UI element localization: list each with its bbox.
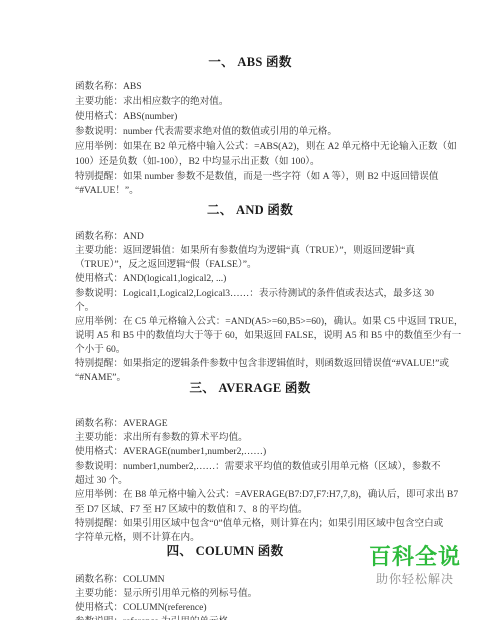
column-line-format: 使用格式：COLUMN(reference)	[75, 602, 207, 614]
average-line-example-1: 应用举例：在 B8 单元格中输入公式：=AVERAGE(B7:D7,F7:H7,…	[75, 489, 458, 501]
and-line-note-1: 特别提醒：如果指定的逻辑条件参数中包含非逻辑值时，则函数返回错误值“#VALUE…	[75, 358, 449, 370]
abs-line-example-1: 应用举例：如果在 B2 单元格中输入公式：=ABS(A2)，则在 A2 单元格中…	[75, 141, 457, 153]
column-line-name: 函数名称：COLUMN	[75, 574, 165, 586]
section-heading-and: 二、 AND 函数	[0, 200, 500, 218]
abs-line-note-2: “#VALUE！”。	[75, 185, 139, 197]
and-line-name: 函数名称：AND	[75, 231, 144, 243]
abs-line-format: 使用格式：ABS(number)	[75, 111, 177, 123]
and-line-example-1: 应用举例：在 C5 单元格输入公式：=AND(A5>=60,B5>=60)，确认…	[75, 316, 463, 328]
average-line-name: 函数名称：AVERAGE	[75, 418, 168, 430]
and-line-function-2: （TRUE）”，反之返回逻辑“假（FALSE）”。	[75, 259, 257, 271]
watermark-title: 百科全说	[340, 545, 490, 571]
and-line-example-3: 个小于 60。	[75, 344, 125, 356]
abs-line-example-2: 100）还是负数（如-100），B2 中均显示出正数（如 100）。	[75, 156, 320, 168]
document-page: 一、 ABS 函数 函数名称：ABS 主要功能：求出相应数字的绝对值。 使用格式…	[0, 0, 500, 620]
abs-line-function: 主要功能：求出相应数字的绝对值。	[75, 96, 229, 108]
and-line-format: 使用格式：AND(logical1,logical2, ...)	[75, 273, 226, 285]
and-line-params-1: 参数说明：Logical1,Logical2,Logical3……：表示待测试的…	[75, 288, 434, 300]
average-line-note-1: 特别提醒：如果引用区域中包含“0”值单元格，则计算在内；如果引用区域中包含空白或	[75, 518, 443, 530]
and-line-function-1: 主要功能：返回逻辑值：如果所有参数值均为逻辑“真（TRUE）”，则返回逻辑“真	[75, 245, 415, 257]
watermark-logo: 百科全说 助你轻松解决	[340, 545, 490, 587]
and-line-example-2: 说明 A5 和 B5 中的数值均大于等于 60，如果返回 FALSE，说明 A5…	[75, 330, 461, 342]
abs-line-params: 参数说明：number 代表需要求绝对值的数值或引用的单元格。	[75, 126, 337, 138]
average-line-format: 使用格式：AVERAGE(number1,number2,……)	[75, 446, 266, 458]
and-line-params-2: 个。	[75, 302, 94, 314]
watermark-subtitle: 助你轻松解决	[340, 571, 490, 587]
abs-line-name: 函数名称：ABS	[75, 81, 142, 93]
average-line-params-2: 超过 30 个。	[75, 475, 128, 487]
section-heading-average: 三、 AVERAGE 函数	[0, 378, 500, 396]
column-line-function: 主要功能：显示所引用单元格的列标号值。	[75, 588, 257, 600]
section-heading-abs: 一、 ABS 函数	[0, 52, 500, 70]
column-line-params: 参数说明：reference 为引用的单元格。	[75, 616, 238, 620]
average-line-params-1: 参数说明：number1,number2,……：需要求平均值的数值或引用单元格（…	[75, 461, 441, 473]
average-line-function: 主要功能：求出所有参数的算术平均值。	[75, 432, 248, 444]
average-line-example-2: 至 D7 区域、F7 至 H7 区域中的数值和 7、8 的平均值。	[75, 504, 308, 516]
abs-line-note-1: 特别提醒：如果 number 参数不是数值，而是一些字符（如 A 等），则 B2…	[75, 171, 439, 183]
